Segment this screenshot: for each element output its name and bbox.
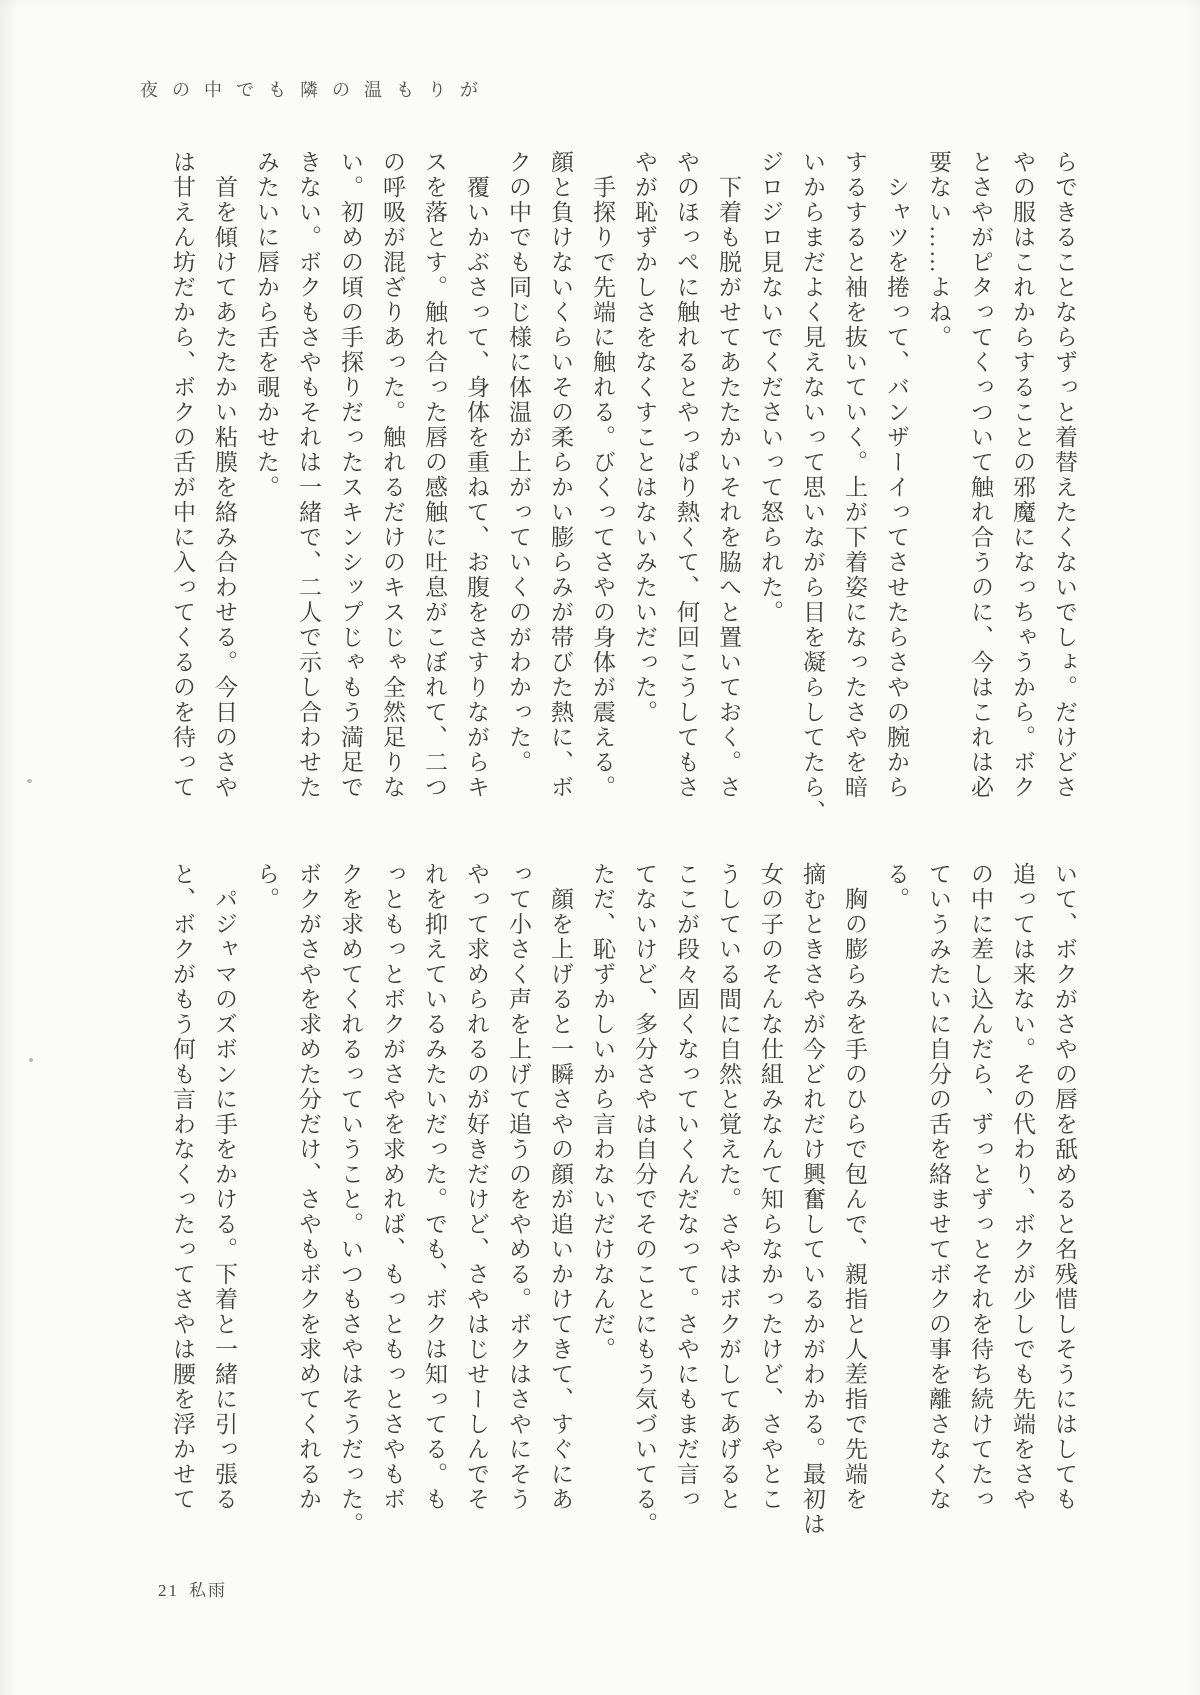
text-column: 覆いかぶさって、身体を重ねて、お腹をさすりながらキ xyxy=(455,150,497,800)
text-column: スを落とす。触れ合った唇の感触に吐息がこぼれて、二つ xyxy=(413,150,455,800)
page-number: 21 xyxy=(158,1581,179,1600)
text-column: やのほっぺに触れるとやっぱり熱くて、何回こうしてもさ xyxy=(665,150,707,800)
text-column: らできることならずっと着替えたくないでしょ。だけどさ xyxy=(1043,150,1085,800)
text-column: は甘えん坊だから、ボクの舌が中に入ってくるのを待って xyxy=(161,150,203,800)
text-column: の中に差し込んだら、ずっとずっとそれを待ち続けてたっ xyxy=(959,862,1001,1502)
scanned-book-page: 夜の中でも隣の温もりが らできることならずっと着替えたくないでしょ。だけどさやの… xyxy=(0,0,1200,1695)
text-column: 胸の膨らみを手のひらで包んで、親指と人差指で先端を xyxy=(833,862,875,1502)
text-column: パジャマのズボンに手をかける。下着と一緒に引っ張る xyxy=(203,862,245,1502)
text-column: シャツを捲って、バンザーイってさせたらさやの腕から xyxy=(875,150,917,800)
text-column: うしている間に自然と覚えた。さやはボクがしてあげると xyxy=(707,862,749,1502)
text-column: クを求めてくれるっていうこと。いつもさやはそうだった。 xyxy=(329,862,371,1502)
footer-title: 私雨 xyxy=(189,1581,227,1600)
text-column: みたいに唇から舌を覗かせた。 xyxy=(245,150,287,800)
text-column: てないけど、多分さやは自分でそのことにもう気づいてる。 xyxy=(623,862,665,1502)
text-column: するすると袖を抜いていく。上が下着姿になったさやを暗 xyxy=(833,150,875,800)
text-column: れを抑えているみたいだった。でも、ボクは知ってる。も xyxy=(413,862,455,1502)
scan-speck xyxy=(29,1058,33,1062)
text-block-top: らできることならずっと着替えたくないでしょ。だけどさやの服はこれからすることの邪… xyxy=(153,150,1085,800)
running-header: 夜の中でも隣の温もりが xyxy=(140,76,492,102)
text-column: い。初めの頃の手探りだったスキンシップじゃもう満足で xyxy=(329,150,371,800)
text-column: ジロジロ見ないでくださいって怒られた。 xyxy=(749,150,791,800)
text-column: ていうみたいに自分の舌を絡ませてボクの事を離さなくな xyxy=(917,862,959,1502)
text-column: の呼吸が混ざりあった。触れるだけのキスじゃ全然足りな xyxy=(371,150,413,800)
page-footer: 21私雨 xyxy=(158,1576,227,1601)
text-column: ここが段々固くなっていくんだなって。さやにもまだ言っ xyxy=(665,862,707,1502)
text-column: いからまだよく見えないって思いながら目を凝らしてたら、 xyxy=(791,150,833,800)
text-column: る。 xyxy=(875,862,917,1502)
text-column: と、ボクがもう何も言わなくったってさやは腰を浮かせて xyxy=(161,862,203,1502)
text-column: 女の子のそんな仕組みなんて知らなかったけど、さやとこ xyxy=(749,862,791,1502)
text-column: 追っては来ない。その代わり、ボクが少しでも先端をさや xyxy=(1001,862,1043,1502)
text-column: って小さく声を上げて追うのをやめる。ボクはさやにそう xyxy=(497,862,539,1502)
text-column: クの中でも同じ様に体温が上がっていくのがわかった。 xyxy=(497,150,539,800)
text-block-bottom: いて、ボクがさやの唇を舐めると名残惜しそうにはしても追っては来ない。その代わり、… xyxy=(153,862,1085,1502)
text-column: 首を傾けてあたたかい粘膜を絡み合わせる。今日のさや xyxy=(203,150,245,800)
text-column: とさやがピタってくっついて触れ合うのに、今はこれは必 xyxy=(959,150,1001,800)
text-column: 要ない……よね。 xyxy=(917,150,959,800)
text-column: 手探りで先端に触れる。びくってさやの身体が震える。 xyxy=(581,150,623,800)
text-column: 顔と負けないくらいその柔らかい膨らみが帯びた熱に、ボ xyxy=(539,150,581,800)
text-column: ただ、恥ずかしいから言わないだけなんだ。 xyxy=(581,862,623,1502)
text-column: やって求められるのが好きだけど、さやはじせーしんでそ xyxy=(455,862,497,1502)
text-column: きない。ボクもさやもそれは一緒で、二人で示し合わせた xyxy=(287,150,329,800)
text-column: 摘むときさやが今どれだけ興奮しているかがわかる。最初は xyxy=(791,862,833,1502)
text-column: 顔を上げると一瞬さやの顔が追いかけてきて、すぐにあ xyxy=(539,862,581,1502)
scan-speck xyxy=(27,779,32,783)
text-column: やが恥ずかしさをなくすことはないみたいだった。 xyxy=(623,150,665,800)
text-column: ら。 xyxy=(245,862,287,1502)
text-column: いて、ボクがさやの唇を舐めると名残惜しそうにはしても xyxy=(1043,862,1085,1502)
text-column: 下着も脱がせてあたたかいそれを脇へと置いておく。さ xyxy=(707,150,749,800)
text-column: っともっとボクがさやを求めれば、もっともっとさやもボ xyxy=(371,862,413,1502)
text-column: やの服はこれからすることの邪魔になっちゃうから。ボク xyxy=(1001,150,1043,800)
text-column: ボクがさやを求めた分だけ、さやもボクを求めてくれるか xyxy=(287,862,329,1502)
